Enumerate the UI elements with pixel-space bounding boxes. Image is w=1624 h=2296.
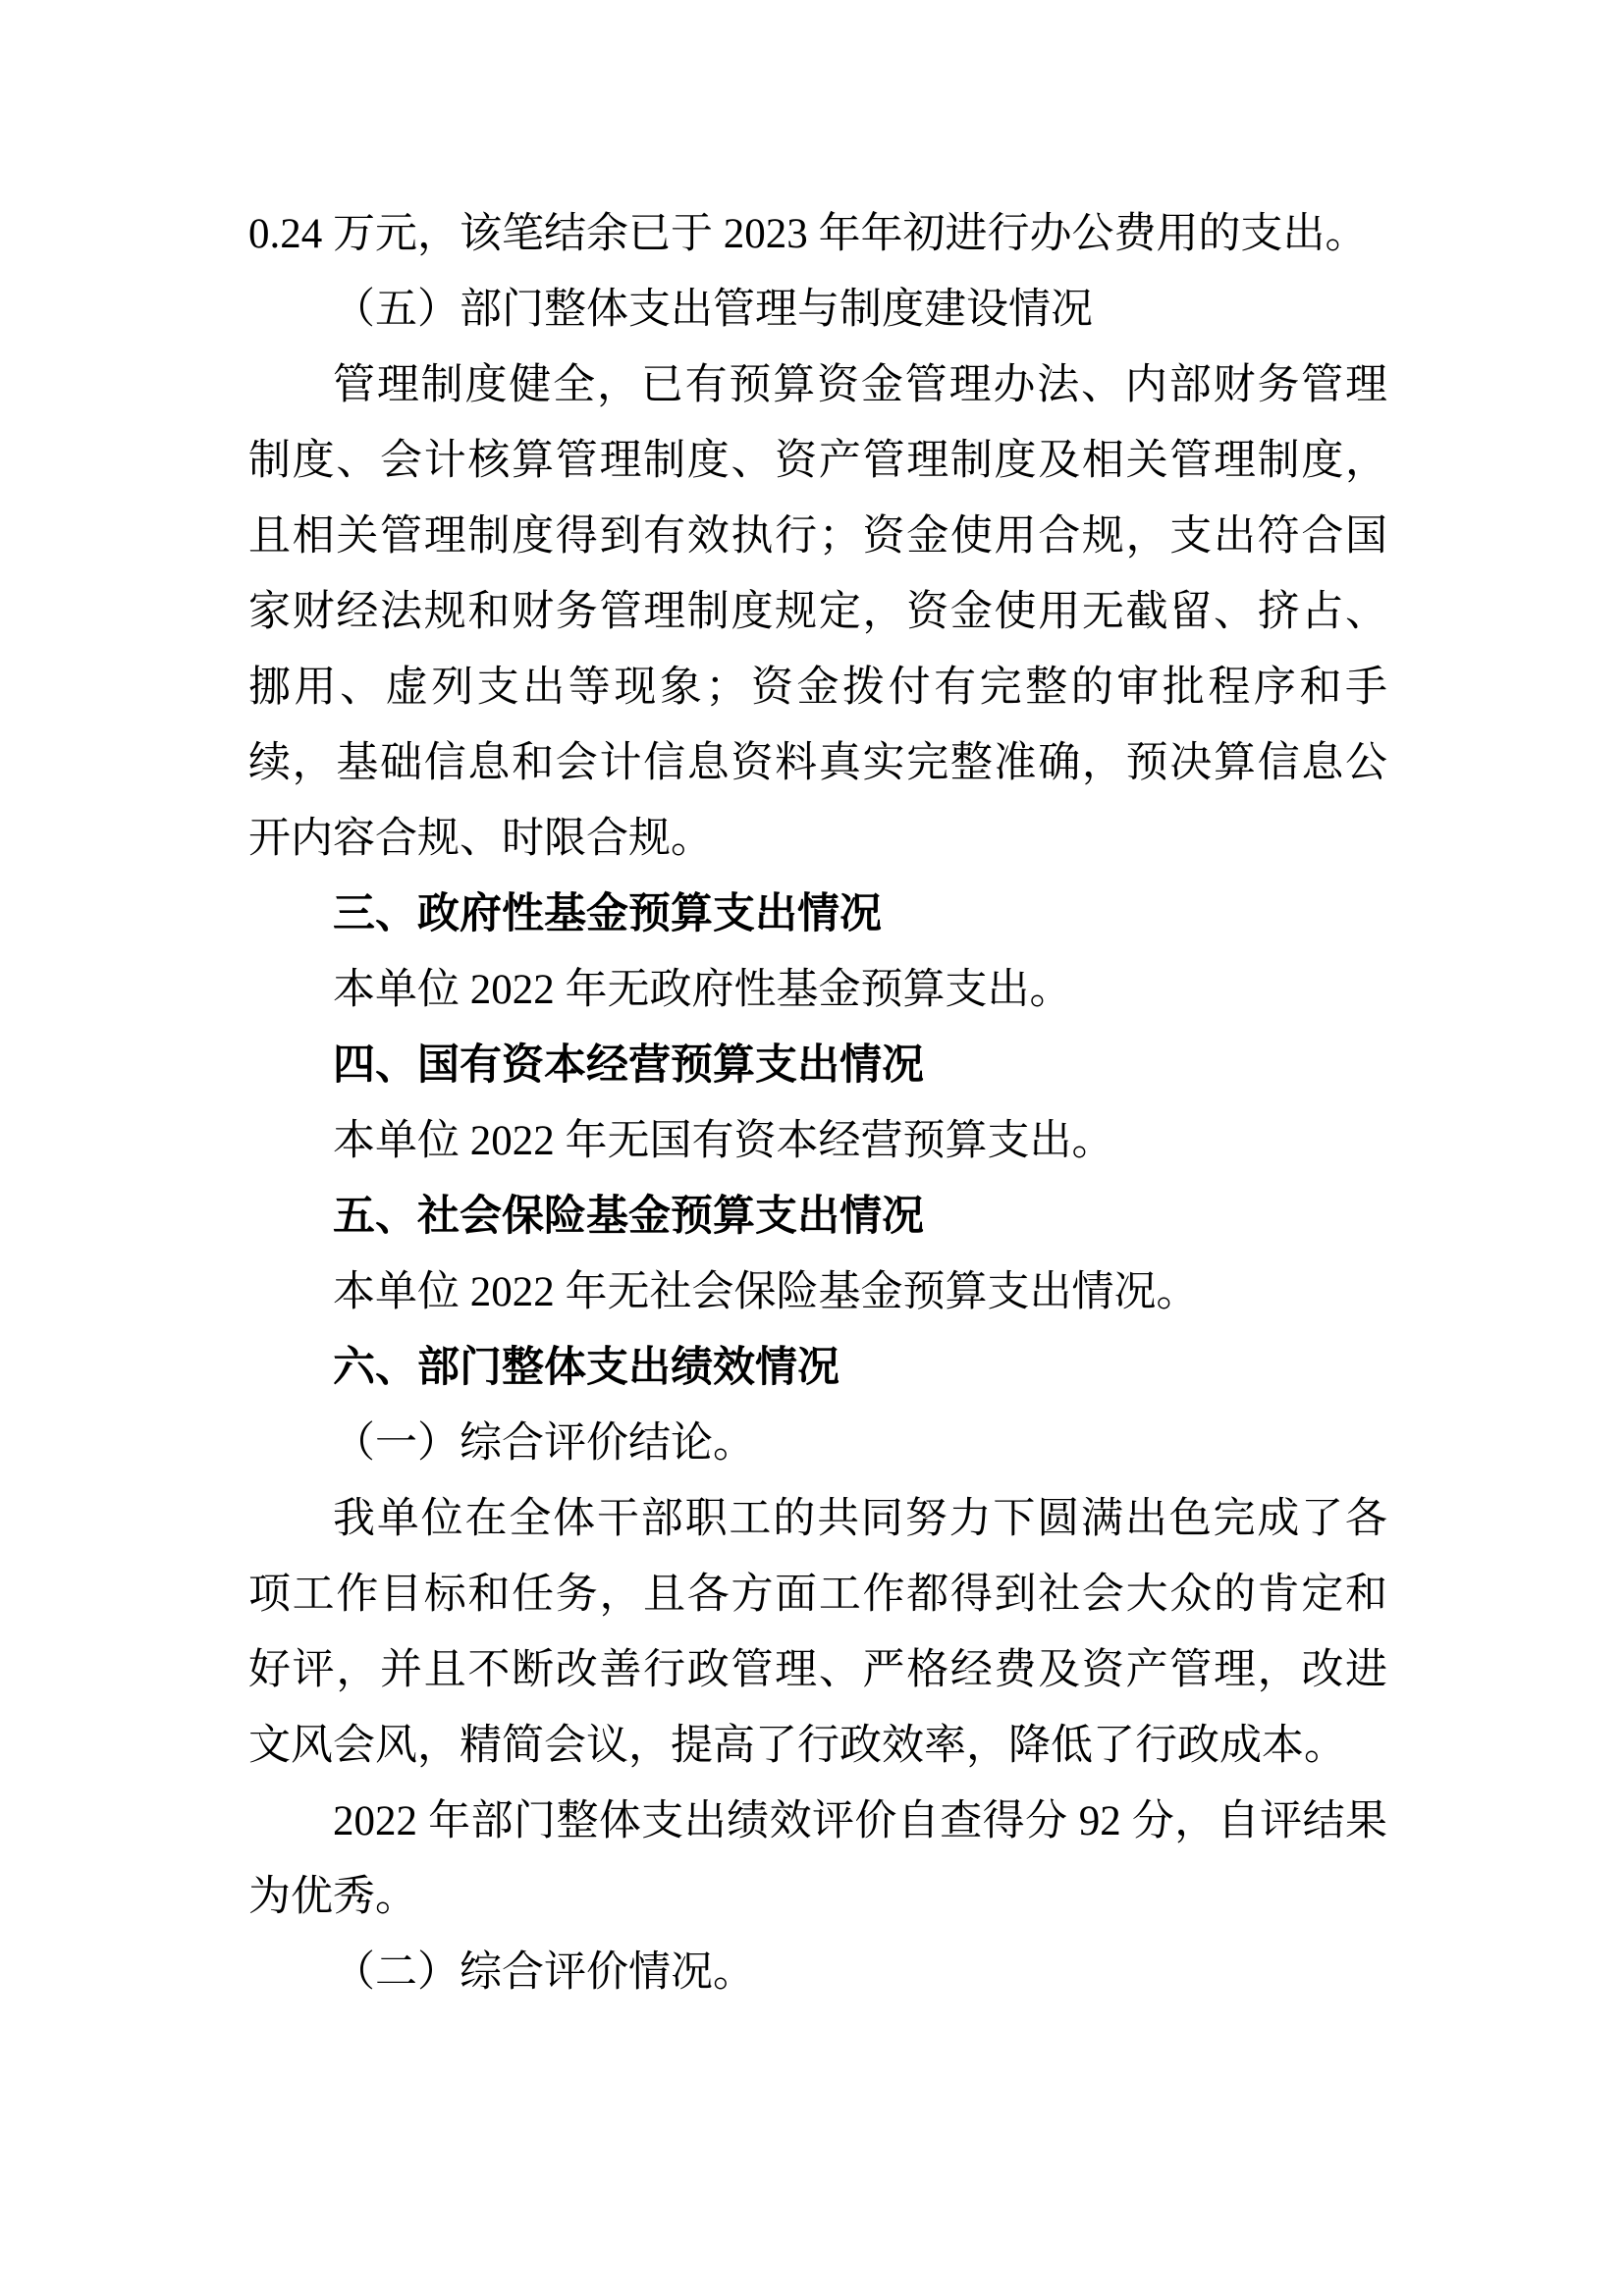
paragraph: 0.24 万元，该笔结余已于 2023 年年初进行办公费用的支出。 (248, 196, 1387, 272)
section-heading: （一）综合评价结论。 (248, 1406, 1387, 1481)
document-content: 0.24 万元，该笔结余已于 2023 年年初进行办公费用的支出。（五）部门整体… (248, 196, 1387, 2010)
section-heading: 三、政府性基金预算支出情况 (248, 877, 1387, 952)
section-heading: （五）部门整体支出管理与制度建设情况 (248, 272, 1387, 347)
section-heading: （二）综合评价情况。 (248, 1935, 1387, 2010)
document-page: 0.24 万元，该笔结余已于 2023 年年初进行办公费用的支出。（五）部门整体… (0, 0, 1624, 2296)
paragraph: 本单位 2022 年无政府性基金预算支出。 (248, 952, 1387, 1028)
paragraph: 本单位 2022 年无社会保险基金预算支出情况。 (248, 1255, 1387, 1330)
section-heading: 六、部门整体支出绩效情况 (248, 1330, 1387, 1406)
paragraph: 2022 年部门整体支出绩效评价自查得分 92 分，自评结果为优秀。 (248, 1784, 1387, 1935)
paragraph: 本单位 2022 年无国有资本经营预算支出。 (248, 1103, 1387, 1179)
section-heading: 五、社会保险基金预算支出情况 (248, 1179, 1387, 1255)
section-heading: 四、国有资本经营预算支出情况 (248, 1028, 1387, 1103)
paragraph: 管理制度健全，已有预算资金管理办法、内部财务管理制度、会计核算管理制度、资产管理… (248, 347, 1387, 877)
paragraph: 我单位在全体干部职工的共同努力下圆满出色完成了各项工作目标和任务，且各方面工作都… (248, 1481, 1387, 1784)
